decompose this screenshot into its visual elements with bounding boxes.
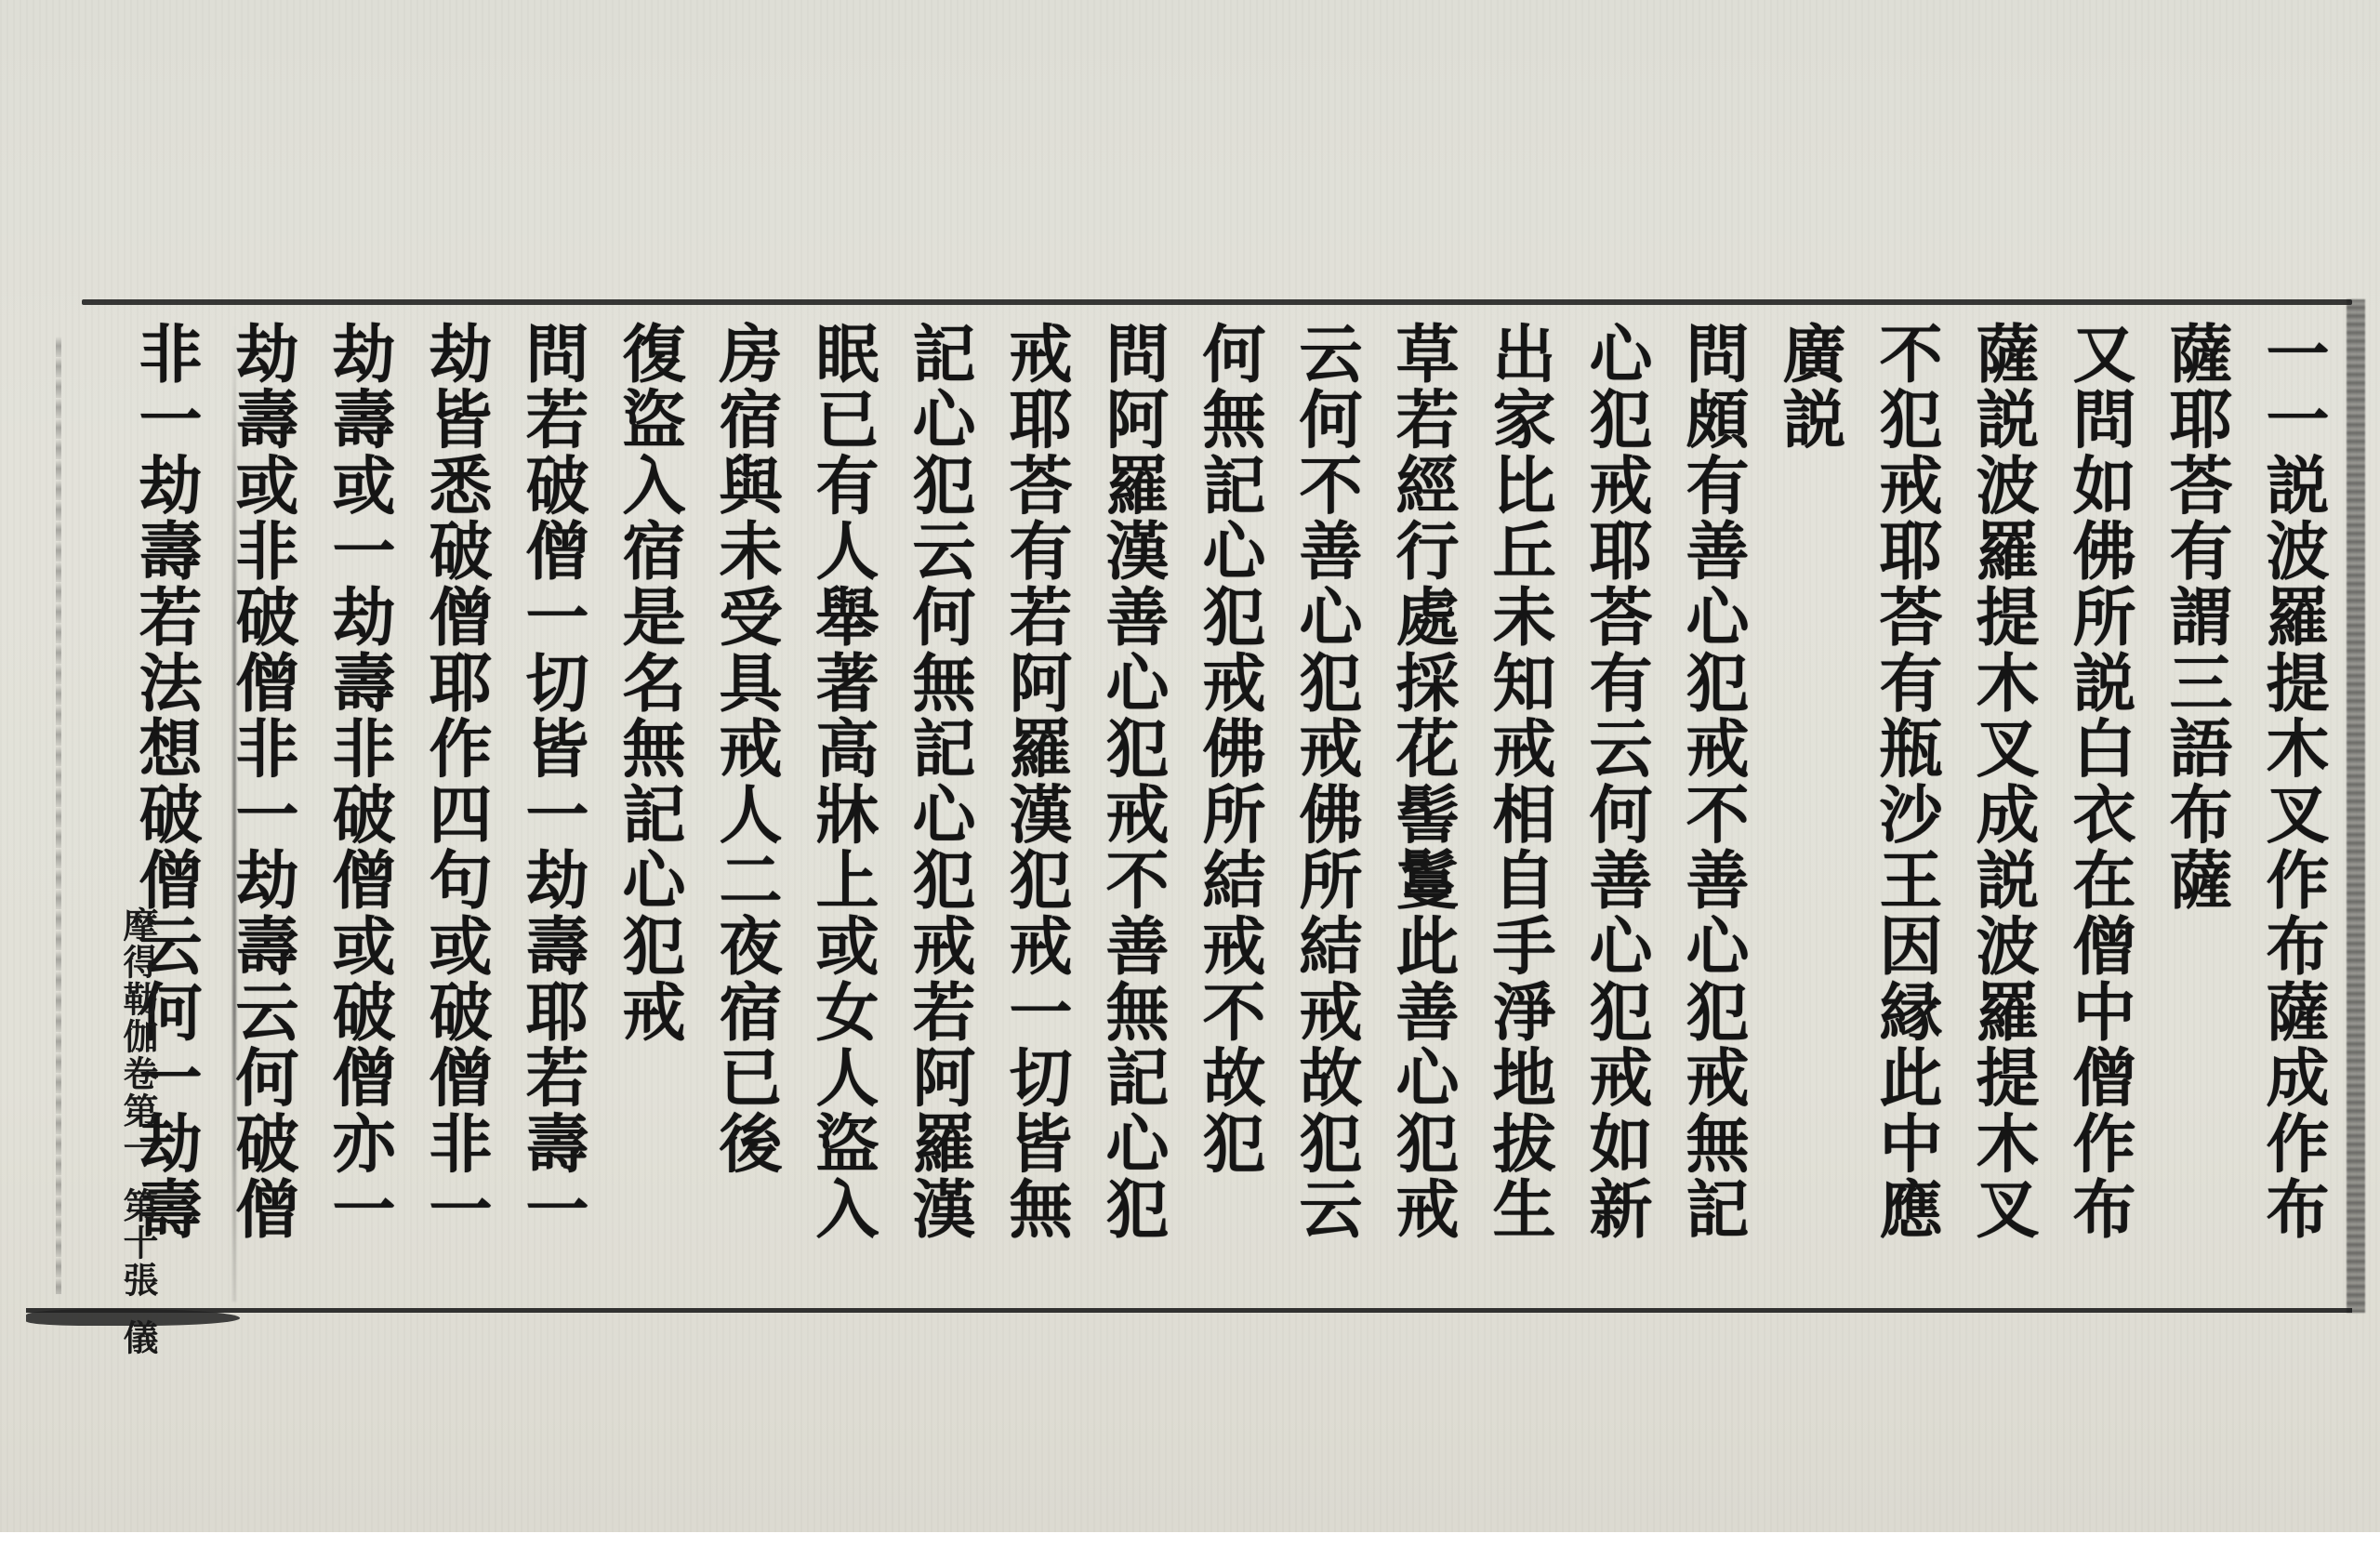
frame-left-border	[56, 337, 61, 1294]
text-column-9: 出家比丘未知戒相自手淨地拔生	[1471, 321, 1567, 1306]
text-column-10: 草若經行處採花髻鬘此善心犯戒	[1374, 321, 1471, 1306]
text-column-19: 問若破僧一切皆一劫壽耶若壽一	[504, 321, 601, 1306]
text-column-12: 何無記心犯戒佛所結戒不故犯	[1181, 321, 1277, 1306]
text-column-15: 記心犯云何無記心犯戒若阿羅漢	[891, 321, 987, 1306]
text-column-20: 劫皆悉破僧耶作四句或破僧非一	[407, 321, 504, 1306]
footer-leaf-number: 第十張	[117, 1187, 159, 1299]
colophon-footer: 摩得勒伽卷第一第十張儀	[110, 906, 165, 1356]
text-column-6: 廣説	[1761, 321, 1858, 1306]
text-column-17: 房宿與未受具戒人二夜宿已後	[697, 321, 794, 1306]
text-column-18: 復盜入宿是名無記心犯戒	[601, 321, 697, 1306]
footer-carver-mark: 儀	[117, 1319, 159, 1356]
text-column-14: 戒耶荅有若阿羅漢犯戒一切皆無	[987, 321, 1084, 1306]
text-column-22: 劫壽或非破僧非一劫壽云何破僧	[214, 321, 311, 1306]
text-column-2: 薩耶荅有謂三語布薩	[2148, 321, 2244, 1306]
text-column-3: 又問如佛所説白衣在僧中僧作布	[2051, 321, 2148, 1306]
frame-top-border	[82, 299, 2352, 305]
scan-bottom-margin	[0, 1532, 2380, 1547]
text-column-21: 劫壽或一劫壽非破僧或破僧亦一	[311, 321, 407, 1306]
frame-bottom-border	[26, 1308, 2352, 1313]
text-column-13: 問阿羅漢善心犯戒不善無記心犯	[1084, 321, 1181, 1306]
text-column-11: 云何不善心犯戒佛所結戒故犯云	[1277, 321, 1374, 1306]
text-column-5: 不犯戒耶荅有瓶沙王因縁此中應	[1858, 321, 1954, 1306]
text-column-8: 心犯戒耶荅有云何善心犯戒如新	[1567, 321, 1664, 1306]
text-column-16: 眠已有人舉著高牀上或女人盜入	[794, 321, 891, 1306]
text-column-1: 一一説波羅提木叉作布薩成作布	[2244, 321, 2341, 1306]
frame-right-border	[2347, 299, 2365, 1313]
footer-title: 摩得勒伽卷第一	[117, 906, 159, 1167]
text-columns: 一一説波羅提木叉作布薩成作布 薩耶荅有謂三語布薩 又問如佛所説白衣在僧中僧作布 …	[82, 321, 2341, 1306]
text-column-4: 薩説波羅提木叉成説波羅提木叉	[1954, 321, 2051, 1306]
text-column-7: 問頗有善心犯戒不善心犯戒無記	[1664, 321, 1761, 1306]
